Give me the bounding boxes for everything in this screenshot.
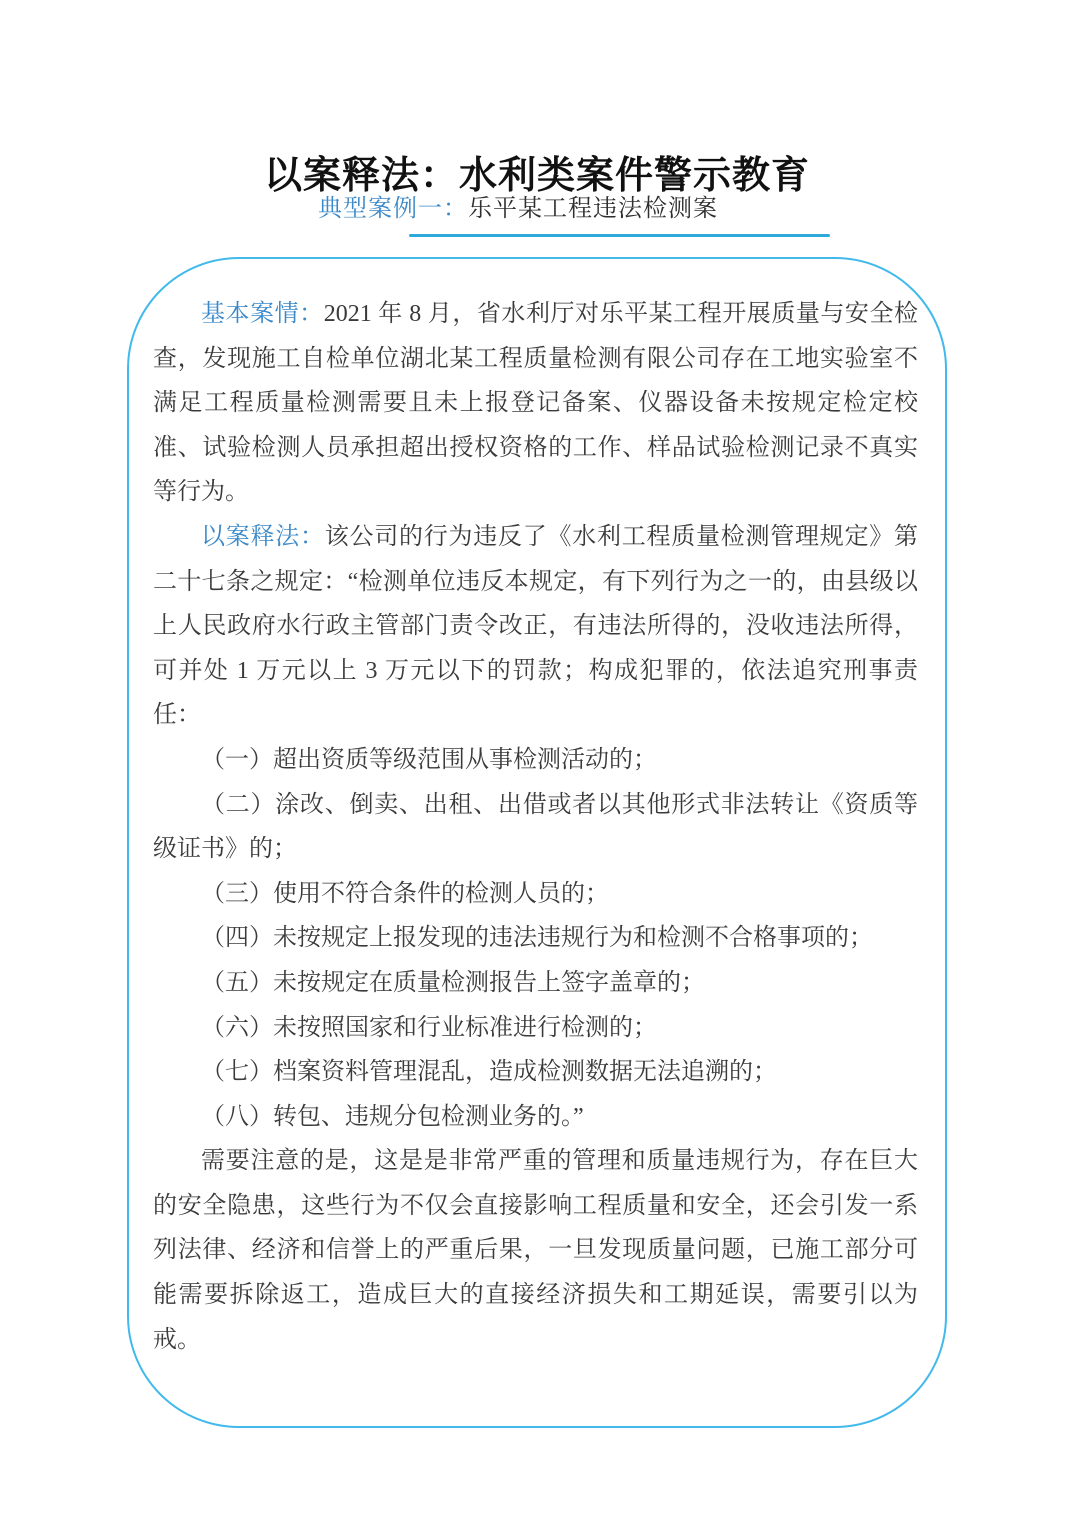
note-paragraph: 需要注意的是，这是是非常严重的管理和质量违规行为，存在巨大的安全隐患，这些行为不… <box>153 1139 918 1362</box>
violation-item: （六）未按照国家和行业标准进行检测的； <box>153 1006 918 1051</box>
page-title: 以案释法：水利类案件警示教育 <box>0 153 1074 199</box>
violation-item: （三）使用不符合条件的检测人员的； <box>153 872 918 917</box>
case-subtitle-text: 乐平某工程违法检测案 <box>468 196 718 222</box>
violation-item: （一）超出资质等级范围从事检测活动的； <box>153 738 918 783</box>
violation-item: （五）未按规定在质量检测报告上签字盖章的； <box>153 961 918 1006</box>
violation-item: （二）涂改、倒卖、出租、出借或者以其他形式非法转让《资质等级证书》的； <box>153 783 918 872</box>
case-subtitle: 典型案例一：乐平某工程违法检测案 <box>0 194 1036 224</box>
violation-item: （七）档案资料管理混乱，造成检测数据无法追溯的； <box>153 1050 918 1095</box>
case-content-box: 基本案情：2021 年 8 月，省水利厅对乐平某工程开展质量与安全检查，发现施工… <box>127 257 947 1428</box>
basic-facts-paragraph: 基本案情：2021 年 8 月，省水利厅对乐平某工程开展质量与安全检查，发现施工… <box>153 292 918 515</box>
violation-item: （八）转包、违规分包检测业务的。” <box>153 1095 918 1140</box>
subtitle-underline-divider <box>409 234 830 237</box>
basic-facts-label: 基本案情： <box>201 301 324 327</box>
case-subtitle-label: 典型案例一： <box>318 196 468 222</box>
basic-facts-text: 2021 年 8 月，省水利厅对乐平某工程开展质量与安全检查，发现施工自检单位湖… <box>153 301 918 505</box>
law-explanation-text: 该公司的行为违反了《水利工程质量检测管理规定》第二十七条之规定：“检测单位违反本… <box>153 524 918 728</box>
violation-item: （四）未按规定上报发现的违法违规行为和检测不合格事项的； <box>153 916 918 961</box>
law-explanation-label: 以案释法： <box>201 524 325 550</box>
law-explanation-paragraph: 以案释法：该公司的行为违反了《水利工程质量检测管理规定》第二十七条之规定：“检测… <box>153 515 918 738</box>
